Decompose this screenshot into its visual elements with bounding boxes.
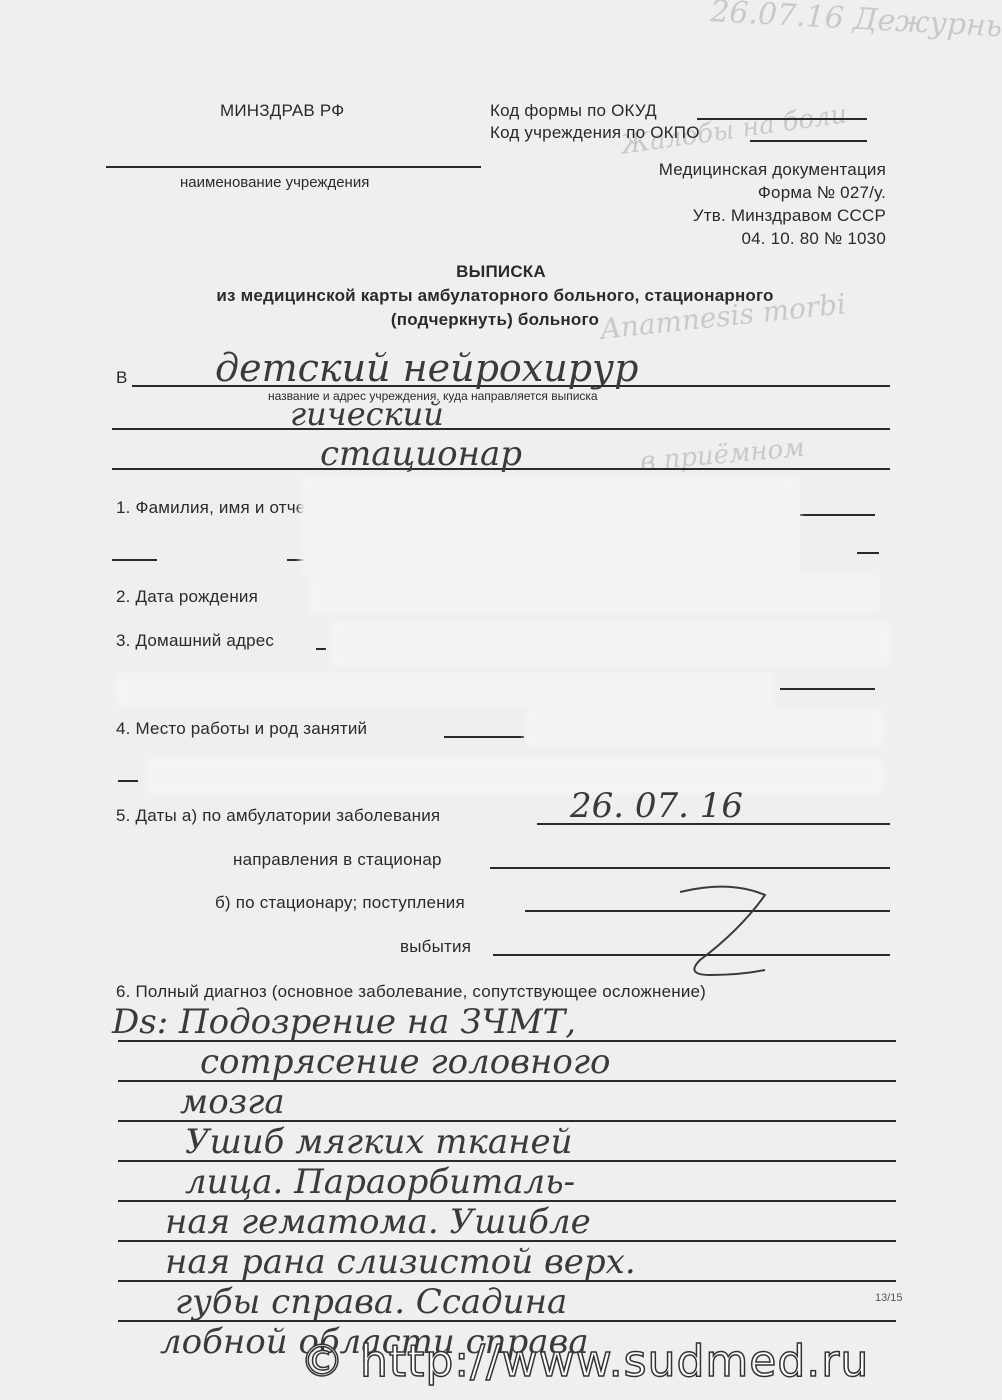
diagnosis-handwriting-line: лица. Параорбиталь- — [185, 1162, 575, 1202]
z-strike-mark — [670, 880, 780, 980]
field-1-line-2[interactable] — [112, 559, 157, 561]
redacted-workplace-2 — [145, 758, 885, 794]
okud-field[interactable] — [697, 118, 867, 120]
redacted-workplace — [525, 708, 885, 748]
doc-type: Медицинская документация — [659, 160, 886, 180]
field-3-label: 3. Домашний адрес — [116, 631, 274, 651]
destination-handwriting-2: гический — [290, 395, 444, 433]
field-5a-label: 5. Даты а) по амбулатории заболевания — [116, 806, 440, 826]
diagnosis-handwriting-line: ная рана слизистой верх. — [165, 1242, 636, 1282]
field-3-line-2[interactable] — [780, 688, 875, 690]
field-5b-label: б) по стационару; поступления — [215, 893, 465, 913]
field-3-line[interactable] — [316, 648, 326, 650]
field-4-label: 4. Место работы и род занятий — [116, 719, 367, 739]
bleed-through-text: в приёмном — [639, 433, 806, 477]
document-subtitle: из медицинской карты амбулаторного больн… — [0, 286, 990, 306]
approval-date: 04. 10. 80 № 1030 — [741, 229, 886, 249]
diagnosis-handwriting-line: мозга — [180, 1082, 285, 1122]
field-1-line[interactable] — [800, 514, 875, 516]
field-2-label: 2. Дата рождения — [116, 587, 258, 607]
destination-field-line-2[interactable] — [112, 428, 890, 430]
destination-prefix: В — [116, 368, 128, 388]
field-5-discharge-label: выбытия — [400, 937, 471, 957]
bleed-through-handwriting: 26.07.16 Дежурный нейрохирург — [709, 0, 1002, 57]
redacted-address — [330, 620, 890, 668]
redacted-name — [300, 476, 800, 576]
field-5-referral-label: направления в стационар — [233, 850, 442, 870]
field-5a-value: 26. 07. 16 — [570, 786, 743, 826]
diagnosis-handwriting-line: Ушиб мягких тканей — [185, 1122, 573, 1162]
ministry-label: МИНЗДРАВ РФ — [220, 101, 344, 121]
field-4-line-2[interactable] — [118, 780, 138, 782]
destination-handwriting-3: стационар — [320, 434, 522, 474]
field-4-line[interactable] — [444, 736, 524, 738]
field-5-referral-line[interactable] — [490, 867, 890, 869]
okpo-field[interactable] — [750, 140, 867, 142]
field-6-label: 6. Полный диагноз (основное заболевание,… — [116, 982, 706, 1002]
field-1-line-4[interactable] — [857, 552, 879, 554]
okud-label: Код формы по ОКУД — [490, 101, 657, 121]
okpo-label: Код учреждения по ОКПО — [490, 123, 700, 143]
diagnosis-handwriting-line: Ds: Подозрение на ЗЧМТ, — [112, 1002, 576, 1042]
institution-name-field[interactable] — [106, 166, 481, 168]
document-subtitle-2: (подчеркнуть) больного — [0, 310, 990, 330]
destination-handwriting-1: детский нейрохирур — [215, 346, 638, 390]
redacted-address-2 — [115, 672, 775, 708]
diagnosis-handwriting-line: сотрясение головного — [200, 1042, 611, 1082]
document-title: ВЫПИСКА — [0, 262, 1002, 282]
diagnosis-handwriting-line: ная гематома. Ушибле — [165, 1202, 591, 1242]
approved-by: Утв. Минздравом СССР — [693, 206, 886, 226]
redacted-birthdate — [310, 575, 880, 615]
diagnosis-handwriting-line: губы справа. Ссадина — [175, 1282, 567, 1322]
watermark: © http://www.sudmed.ru — [300, 1336, 869, 1387]
page-mark: 13/15 — [875, 1292, 903, 1304]
form-number: Форма № 027/у. — [758, 183, 886, 203]
institution-caption: наименование учреждения — [180, 174, 369, 191]
